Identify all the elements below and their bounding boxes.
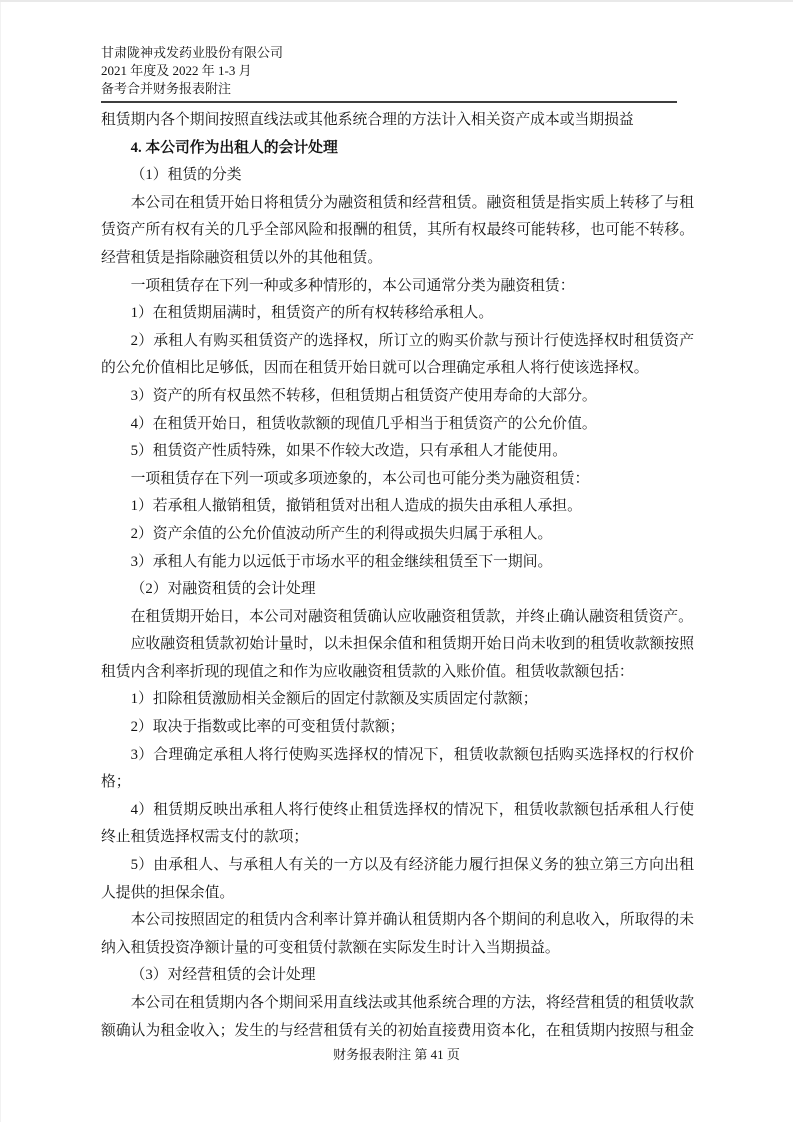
page-header: 甘肃陇神戎发药业股份有限公司 2021 年度及 2022 年 1-3 月 备考合…	[101, 44, 694, 103]
list-item-criteria-5: 5）租赁资产性质特殊，如果不作较大改造，只有承租人才能使用。	[101, 438, 694, 466]
subsection-heading-lease-classification: （1）租赁的分类	[101, 162, 694, 190]
list-item-criteria-3: 3）资产的所有权虽然不转移，但租赁期占租赁资产使用寿命的大部分。	[101, 383, 694, 411]
list-item-receipt-2: 2）取决于指数或比率的可变租赁付款额；	[101, 714, 694, 742]
paragraph-interest-income: 本公司按照固定的租赁内含利率计算并确认租赁期内各个期间的利息收入，所取得的未纳入…	[101, 907, 694, 962]
paragraph-finance-lease-indicators-intro: 一项租赁存在下列一项或多项迹象的，本公司也可能分类为融资租赁：	[101, 466, 694, 494]
paragraph-finance-lease-criteria-intro: 一项租赁存在下列一种或多种情形的，本公司通常分类为融资租赁：	[101, 273, 694, 301]
list-item-receipt-3: 3）合理确定承租人将行使购买选择权的情况下，租赁收款额包括购买选择权的行权价格；	[101, 742, 694, 797]
page-number-label: 财务报表附注 第 41 页	[333, 1047, 460, 1062]
paragraph-finance-lease-measurement: 应收融资租赁款初始计量时，以未担保余值和租赁期开始日尚未收到的租赁收款额按照租赁…	[101, 631, 694, 686]
subsection-heading-finance-lease-accounting: （2）对融资租赁的会计处理	[101, 576, 694, 604]
document-title: 备考合并财务报表附注	[101, 80, 694, 98]
list-item-indicator-2: 2）资产余值的公允价值波动所产生的利得或损失归属于承租人。	[101, 521, 694, 549]
document-body: 租赁期内各个期间按照直线法或其他系统合理的方法计入相关资产成本或当期损益 4. …	[101, 107, 694, 1045]
list-item-criteria-2: 2）承租人有购买租赁资产的选择权，所订立的购买价款与预计行使选择权时租赁资产的公…	[101, 328, 694, 383]
list-item-receipt-5: 5）由承租人、与承租人有关的一方以及有经济能力履行担保义务的独立第三方向出租人提…	[101, 852, 694, 907]
document-page: 甘肃陇神戎发药业股份有限公司 2021 年度及 2022 年 1-3 月 备考合…	[0, 0, 793, 1122]
subsection-heading-operating-lease-accounting: （3）对经营租赁的会计处理	[101, 962, 694, 990]
list-item-indicator-3: 3）承租人有能力以远低于市场水平的租金继续租赁至下一期间。	[101, 549, 694, 577]
report-period: 2021 年度及 2022 年 1-3 月	[101, 62, 694, 80]
company-name: 甘肃陇神戎发药业股份有限公司	[101, 44, 694, 62]
paragraph-lease-classification-intro: 本公司在租赁开始日将租赁分为融资租赁和经营租赁。融资租赁是指实质上转移了与租赁资…	[101, 190, 694, 273]
list-item-receipt-1: 1）扣除租赁激励相关金额后的固定付款额及实质固定付款额；	[101, 686, 694, 714]
page-footer: 财务报表附注 第 41 页	[0, 1046, 793, 1064]
paragraph-operating-lease-treatment: 本公司在租赁期内各个期间采用直线法或其他系统合理的方法，将经营租赁的租赁收款额确…	[101, 990, 694, 1045]
list-item-criteria-4: 4）在租赁开始日，租赁收款额的现值几乎相当于租赁资产的公允价值。	[101, 411, 694, 439]
section-heading-lessor-accounting: 4. 本公司作为出租人的会计处理	[101, 135, 694, 163]
paragraph-lease-cost-continuation: 租赁期内各个期间按照直线法或其他系统合理的方法计入相关资产成本或当期损益	[101, 107, 694, 135]
header-divider	[101, 101, 677, 103]
list-item-receipt-4: 4）租赁期反映出承租人将行使终止租赁选择权的情况下，租赁收款额包括承租人行使终止…	[101, 797, 694, 852]
paragraph-finance-lease-recognition: 在租赁期开始日，本公司对融资租赁确认应收融资租赁款，并终止确认融资租赁资产。	[101, 604, 694, 632]
list-item-indicator-1: 1）若承租人撤销租赁，撤销租赁对出租人造成的损失由承租人承担。	[101, 493, 694, 521]
list-item-criteria-1: 1）在租赁期届满时，租赁资产的所有权转移给承租人。	[101, 300, 694, 328]
